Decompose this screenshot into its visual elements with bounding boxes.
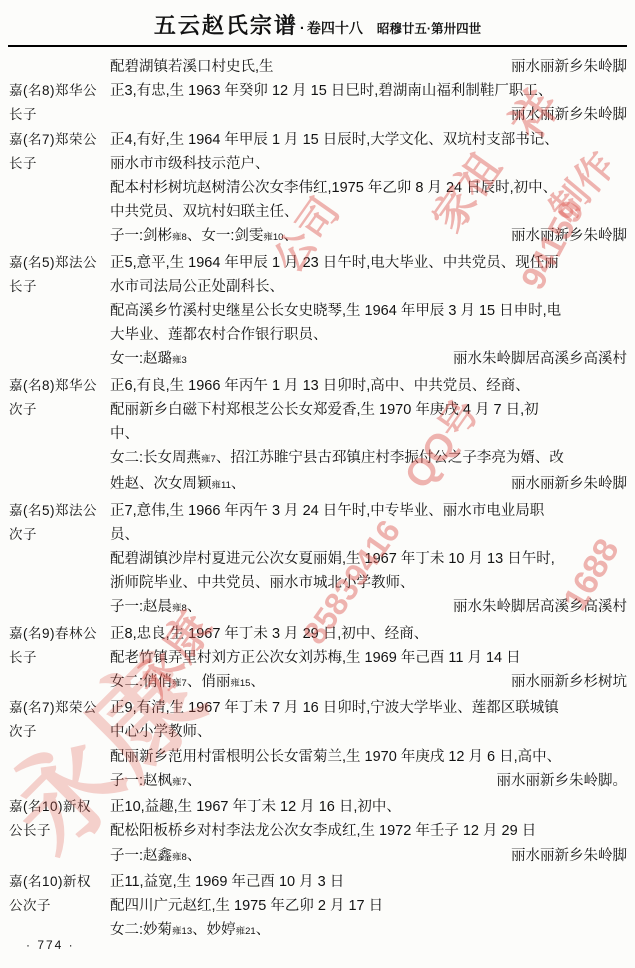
genealogy-entry: 嘉(名8)郑华公长子正3,有忠,生 1963 年癸卯 12 月 15 日巳时,碧… (9, 79, 627, 127)
genealogy-line: 女二:长女周燕雍7、招江苏睢宁县古邳镇庄村李振付公之子李亮为婿、改 (110, 446, 627, 472)
entry-text-column: 正10,益趣,生 1967 年丁未 12 月 16 日,初中、配松阳板桥乡对村李… (110, 795, 627, 870)
genealogy-entry: 嘉(名7)郑荣公次子正9,有清,生 1967 年丁未 7 月 16 日卯时,宁波… (9, 696, 627, 795)
genealogy-line: 中共党员、双坑村妇联主任、 (110, 200, 627, 224)
genealogy-line: 水市司法局公正处副科长、 (110, 275, 627, 299)
generation-label-line: 嘉(名10)新权 (9, 795, 110, 819)
sibling-order-annotation: 雍15 (230, 678, 250, 689)
generation-label-line: 嘉(名7)郑荣公 (9, 696, 110, 720)
line-text: 配丽新乡范用村雷根明公长女雷菊兰,生 1970 年庚戌 12 月 6 日,高中、 (110, 745, 561, 769)
entry-text-column: 正6,有良,生 1966 年丙午 1 月 13 日卯时,高中、中共党员、经商、配… (110, 374, 627, 499)
generation-label-line: 嘉(名5)郑法公 (9, 251, 110, 275)
residence-note: 丽水朱岭脚居高溪乡高溪村 (453, 347, 627, 373)
line-text: 子一:赵鑫雍8、 (110, 844, 201, 870)
line-text: 正3,有忠,生 1963 年癸卯 12 月 15 日巳时,碧湖南山福利制鞋厂职工… (110, 79, 552, 103)
generation-label-line: 次子 (9, 720, 110, 744)
genealogy-line: 正4,有好,生 1964 年甲辰 1 月 15 日辰时,大学文化、双坑村支部书记… (110, 128, 627, 152)
generation-label-line: 嘉(名7)郑荣公 (9, 128, 110, 152)
generation-label-line: 长子 (9, 275, 110, 299)
line-text: 配四川广元赵红,生 1975 年乙卯 2 月 17 日 (110, 894, 383, 918)
entry-text-column: 正3,有忠,生 1963 年癸卯 12 月 15 日巳时,碧湖南山福利制鞋厂职工… (110, 79, 627, 127)
generation-label-line: 嘉(名10)新权 (9, 870, 110, 894)
genealogy-line: 子一:赵枫雍7、丽水丽新乡朱岭脚。 (110, 769, 627, 795)
page-header: 五云赵氏宗谱·卷四十八昭穆廿五·第卅四世 (0, 0, 635, 40)
entry-text-column: 正8,忠良,生 1967 年丁未 3 月 29 日,初中、经商、配老竹镇弄里村刘… (110, 622, 627, 697)
genealogy-line: 配松阳板桥乡对村李法龙公次女李成红,生 1972 年壬子 12 月 29 日 (110, 819, 627, 843)
entry-text-column: 配碧湖镇若溪口村史氏,生丽水丽新乡朱岭脚 (110, 55, 627, 79)
line-text: 女二:妙菊雍13、妙婷雍21、 (110, 918, 270, 944)
line-text: 大毕业、莲都农村合作银行职员、 (110, 323, 328, 347)
sibling-order-annotation: 雍3 (172, 355, 187, 366)
line-text: 正5,意平,生 1964 年甲辰 1 月 23 日午时,电大毕业、中共党员、现任… (110, 251, 559, 275)
entry-text-column: 正4,有好,生 1964 年甲辰 1 月 15 日辰时,大学文化、双坑村支部书记… (110, 128, 627, 251)
generation-label: 嘉(名5)郑法公次子 (9, 499, 110, 622)
generation-label (9, 55, 110, 79)
page-number: · 774 · (26, 938, 75, 952)
line-text: 配本村杉树坑赵树清公次女李伟红,1975 年乙卯 8 月 24 日辰时,初中、 (110, 176, 557, 200)
genealogy-line: 丽水丽新乡朱岭脚 (110, 103, 627, 127)
residence-note: 丽水丽新乡朱岭脚 (511, 55, 627, 79)
entry-text-column: 正7,意伟,生 1966 年丙午 3 月 24 日午时,中专毕业、丽水市电业局职… (110, 499, 627, 622)
genealogy-entry: 嘉(名8)郑华公次子正6,有良,生 1966 年丙午 1 月 13 日卯时,高中… (9, 374, 627, 499)
genealogy-line: 配碧湖镇若溪口村史氏,生丽水丽新乡朱岭脚 (110, 55, 627, 79)
genealogy-line: 配高溪乡竹溪村史继星公长女史晓琴,生 1964 年甲辰 3 月 15 日申时,电 (110, 299, 627, 323)
line-text: 姓赵、次女周颖雍11、 (110, 472, 245, 498)
genealogy-line: 子一:剑彬雍8、女一:剑雯雍10、丽水丽新乡朱岭脚 (110, 224, 627, 250)
volume-label: 卷四十八 (307, 20, 363, 36)
generation-label-line: 长子 (9, 152, 110, 176)
page-title: 五云赵氏宗谱 (154, 13, 298, 38)
sibling-order-annotation: 雍7 (172, 678, 187, 689)
genealogy-entry: 嘉(名10)新权公长子正10,益趣,生 1967 年丁未 12 月 16 日,初… (9, 795, 627, 870)
sibling-order-annotation: 雍8 (172, 232, 187, 243)
genealogy-entry: 配碧湖镇若溪口村史氏,生丽水丽新乡朱岭脚 (9, 55, 627, 79)
generation-label: 嘉(名9)春林公长子 (9, 622, 110, 697)
line-text: 中、 (110, 422, 139, 446)
sibling-order-annotation: 雍13 (172, 926, 192, 937)
generation-subtitle: 昭穆廿五·第卅四世 (377, 22, 481, 36)
line-text: 中心小学教师、 (110, 720, 212, 744)
genealogy-line: 配丽新乡范用村雷根明公长女雷菊兰,生 1970 年庚戌 12 月 6 日,高中、 (110, 745, 627, 769)
generation-label: 嘉(名7)郑荣公长子 (9, 128, 110, 251)
line-text: 员、 (110, 523, 139, 547)
genealogy-line: 女二:妙菊雍13、妙婷雍21、 (110, 918, 627, 944)
genealogy-line: 正10,益趣,生 1967 年丁未 12 月 16 日,初中、 (110, 795, 627, 819)
residence-note: 丽水朱岭脚居高溪乡高溪村 (453, 595, 627, 621)
generation-label-line: 长子 (9, 103, 110, 127)
line-text: 正10,益趣,生 1967 年丁未 12 月 16 日,初中、 (110, 795, 401, 819)
generation-label-line: 公长子 (9, 819, 110, 843)
genealogy-line: 正9,有清,生 1967 年丁未 7 月 16 日卯时,宁波大学毕业、莲都区联城… (110, 696, 627, 720)
genealogy-entry: 嘉(名10)新权公次子正11,益宽,生 1969 年己酉 10 月 3 日配四川… (9, 870, 627, 945)
genealogy-line: 丽水市市级科技示范户、 (110, 152, 627, 176)
residence-note: 丽水丽新乡朱岭脚 (511, 224, 627, 250)
genealogy-line: 正6,有良,生 1966 年丙午 1 月 13 日卯时,高中、中共党员、经商、 (110, 374, 627, 398)
genealogy-line: 配老竹镇弄里村刘方正公次女刘苏梅,生 1969 年己酉 11 月 14 日 (110, 646, 627, 670)
genealogy-entry: 嘉(名5)郑法公长子正5,意平,生 1964 年甲辰 1 月 23 日午时,电大… (9, 251, 627, 374)
line-text: 配丽新乡白磁下村郑根芝公长女郑爱香,生 1970 年庚戌 4 月 7 日,初 (110, 398, 539, 422)
genealogy-line: 配本村杉树坑赵树清公次女李伟红,1975 年乙卯 8 月 24 日辰时,初中、 (110, 176, 627, 200)
genealogy-entry: 嘉(名5)郑法公次子正7,意伟,生 1966 年丙午 3 月 24 日午时,中专… (9, 499, 627, 622)
generation-label-line: 嘉(名8)郑华公 (9, 79, 110, 103)
line-text: 配碧湖镇若溪口村史氏,生 (110, 55, 274, 79)
generation-label-line: 长子 (9, 646, 110, 670)
generation-label: 嘉(名8)郑华公次子 (9, 374, 110, 499)
entry-text-column: 正11,益宽,生 1969 年己酉 10 月 3 日配四川广元赵红,生 1975… (110, 870, 627, 945)
line-text: 中共党员、双坑村妇联主任、 (110, 200, 299, 224)
sibling-order-annotation: 雍7 (172, 777, 187, 788)
line-text: 浙师院毕业、中共党员、丽水市城北小学教师、 (110, 571, 415, 595)
genealogy-line: 配四川广元赵红,生 1975 年乙卯 2 月 17 日 (110, 894, 627, 918)
line-text: 正7,意伟,生 1966 年丙午 3 月 24 日午时,中专毕业、丽水市电业局职 (110, 499, 544, 523)
generation-label: 嘉(名7)郑荣公次子 (9, 696, 110, 795)
sibling-order-annotation: 雍8 (172, 852, 187, 863)
genealogy-line: 大毕业、莲都农村合作银行职员、 (110, 323, 627, 347)
line-text: 子一:剑彬雍8、女一:剑雯雍10、 (110, 224, 298, 250)
line-text: 子一:赵枫雍7、 (110, 769, 201, 795)
genealogy-line: 正11,益宽,生 1969 年己酉 10 月 3 日 (110, 870, 627, 894)
residence-note: 丽水丽新乡朱岭脚 (511, 472, 627, 498)
genealogy-line: 子一:赵晨雍8、丽水朱岭脚居高溪乡高溪村 (110, 595, 627, 621)
generation-label: 嘉(名8)郑华公长子 (9, 79, 110, 127)
generation-label-line: 次子 (9, 398, 110, 422)
generation-label-line: 嘉(名9)春林公 (9, 622, 110, 646)
genealogy-line: 姓赵、次女周颖雍11、丽水丽新乡朱岭脚 (110, 472, 627, 498)
genealogy-entry: 嘉(名9)春林公长子正8,忠良,生 1967 年丁未 3 月 29 日,初中、经… (9, 622, 627, 697)
genealogy-line: 子一:赵鑫雍8、丽水丽新乡朱岭脚 (110, 844, 627, 870)
residence-note: 丽水丽新乡朱岭脚 (511, 103, 627, 127)
line-text: 配高溪乡竹溪村史继星公长女史晓琴,生 1964 年甲辰 3 月 15 日申时,电 (110, 299, 561, 323)
generation-label: 嘉(名10)新权公长子 (9, 795, 110, 870)
genealogy-line: 正5,意平,生 1964 年甲辰 1 月 23 日午时,电大毕业、中共党员、现任… (110, 251, 627, 275)
sibling-order-annotation: 雍8 (172, 603, 187, 614)
genealogy-line: 中、 (110, 422, 627, 446)
genealogy-line: 配丽新乡白磁下村郑根芝公长女郑爱香,生 1970 年庚戌 4 月 7 日,初 (110, 398, 627, 422)
entry-text-column: 正9,有清,生 1967 年丁未 7 月 16 日卯时,宁波大学毕业、莲都区联城… (110, 696, 627, 795)
genealogy-line: 女一:赵璐雍3丽水朱岭脚居高溪乡高溪村 (110, 347, 627, 373)
sibling-order-annotation: 雍11 (212, 480, 231, 491)
genealogy-line: 中心小学教师、 (110, 720, 627, 744)
line-text: 配老竹镇弄里村刘方正公次女刘苏梅,生 1969 年己酉 11 月 14 日 (110, 646, 521, 670)
genealogy-line: 员、 (110, 523, 627, 547)
generation-label-line: 次子 (9, 523, 110, 547)
line-text: 丽水市市级科技示范户、 (110, 152, 270, 176)
generation-label-line: 嘉(名5)郑法公 (9, 499, 110, 523)
line-text: 配松阳板桥乡对村李法龙公次女李成红,生 1972 年壬子 12 月 29 日 (110, 819, 536, 843)
genealogy-line: 配碧湖镇沙岸村夏进元公次女夏丽娟,生 1967 年丁未 10 月 13 日午时, (110, 547, 627, 571)
line-text: 子一:赵晨雍8、 (110, 595, 201, 621)
generation-label: 嘉(名10)新权公次子 (9, 870, 110, 945)
line-text: 女二:俏俏雍7、俏丽雍15、 (110, 670, 265, 696)
residence-note: 丽水丽新乡杉树坑 (511, 670, 627, 696)
residence-note: 丽水丽新乡朱岭脚 (511, 844, 627, 870)
sibling-order-annotation: 雍7 (201, 454, 216, 465)
line-text: 配碧湖镇沙岸村夏进元公次女夏丽娟,生 1967 年丁未 10 月 13 日午时, (110, 547, 555, 571)
header-rule (8, 45, 627, 47)
genealogy-line: 正8,忠良,生 1967 年丁未 3 月 29 日,初中、经商、 (110, 622, 627, 646)
genealogy-line: 正3,有忠,生 1963 年癸卯 12 月 15 日巳时,碧湖南山福利制鞋厂职工… (110, 79, 627, 103)
title-separator-dot: · (300, 20, 305, 37)
line-text: 正4,有好,生 1964 年甲辰 1 月 15 日辰时,大学文化、双坑村支部书记… (110, 128, 559, 152)
sibling-order-annotation: 雍21 (236, 926, 256, 937)
genealogy-line: 正7,意伟,生 1966 年丙午 3 月 24 日午时,中专毕业、丽水市电业局职 (110, 499, 627, 523)
genealogy-line: 浙师院毕业、中共党员、丽水市城北小学教师、 (110, 571, 627, 595)
generation-label-line: 嘉(名8)郑华公 (9, 374, 110, 398)
line-text: 女二:长女周燕雍7、招江苏睢宁县古邳镇庄村李振付公之子李亮为婿、改 (110, 446, 564, 472)
line-text: 水市司法局公正处副科长、 (110, 275, 284, 299)
line-text: 女一:赵璐雍3 (110, 347, 187, 373)
sibling-order-annotation: 雍10 (263, 232, 283, 243)
line-text: 正9,有清,生 1967 年丁未 7 月 16 日卯时,宁波大学毕业、莲都区联城… (110, 696, 559, 720)
residence-note: 丽水丽新乡朱岭脚。 (497, 769, 628, 795)
line-text: 正11,益宽,生 1969 年己酉 10 月 3 日 (110, 870, 344, 894)
genealogy-entry: 嘉(名7)郑荣公长子正4,有好,生 1964 年甲辰 1 月 15 日辰时,大学… (9, 128, 627, 251)
line-text: 正6,有良,生 1966 年丙午 1 月 13 日卯时,高中、中共党员、经商、 (110, 374, 530, 398)
genealogy-line: 女二:俏俏雍7、俏丽雍15、丽水丽新乡杉树坑 (110, 670, 627, 696)
line-text: 正8,忠良,生 1967 年丁未 3 月 29 日,初中、经商、 (110, 622, 428, 646)
entry-text-column: 正5,意平,生 1964 年甲辰 1 月 23 日午时,电大毕业、中共党员、现任… (110, 251, 627, 374)
generation-label: 嘉(名5)郑法公长子 (9, 251, 110, 374)
entries: 配碧湖镇若溪口村史氏,生丽水丽新乡朱岭脚嘉(名8)郑华公长子正3,有忠,生 19… (9, 55, 627, 944)
generation-label-line: 公次子 (9, 894, 110, 918)
